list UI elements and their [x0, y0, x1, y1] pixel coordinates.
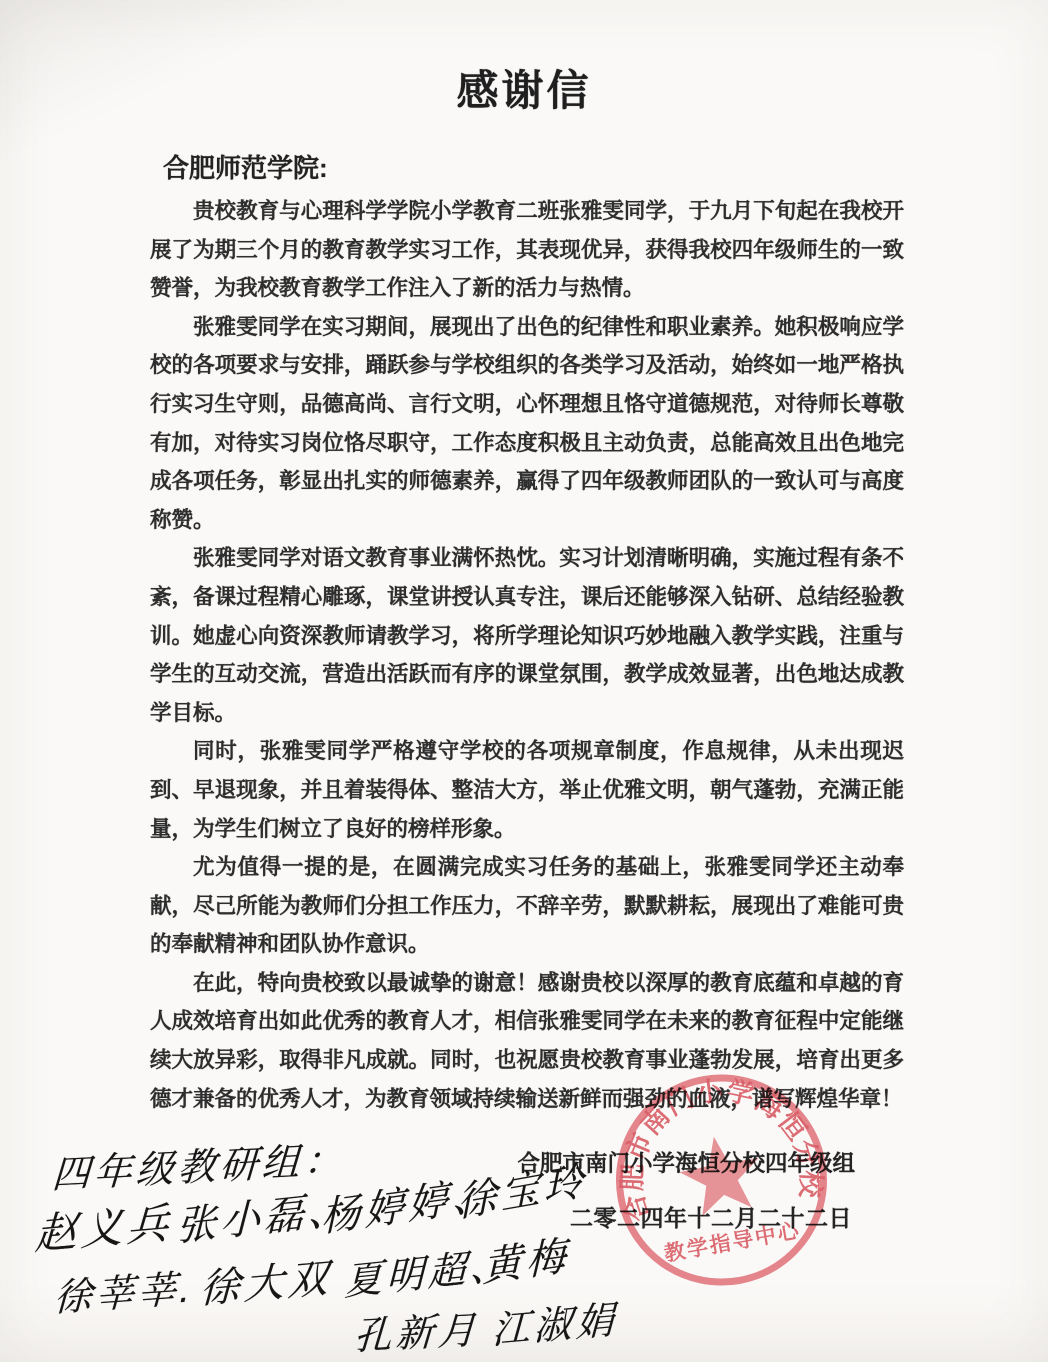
handwritten-signature: 徐莘莘.	[53, 1257, 195, 1322]
paragraph: 尤为值得一提的是，在圆满完成实习任务的基础上，张雅雯同学还主动奉献，尽己所能为教…	[150, 848, 904, 964]
paragraph: 同时，张雅雯同学严格遵守学校的各项规章制度，作息规律，从未出现迟到、早退现象，并…	[150, 732, 904, 848]
handwritten-signature: 徐宝玲	[456, 1148, 588, 1228]
letter-body: 贵校教育与心理科学学院小学教育二班张雅雯同学，于九月下旬起在我校开展了为期三个月…	[150, 192, 904, 1118]
paragraph: 贵校教育与心理科学学院小学教育二班张雅雯同学，于九月下旬起在我校开展了为期三个月…	[150, 192, 904, 308]
paragraph: 在此，特向贵校致以最诚挚的谢意！感谢贵校以深厚的教育底蕴和卓越的育人成效培育出如…	[150, 964, 904, 1118]
salutation: 合肥师范学院:	[163, 148, 328, 185]
paragraph: 张雅雯同学对语文教育事业满怀热忱。实习计划清晰明确，实施过程有条不紊，备课过程精…	[150, 539, 904, 732]
letter-title: 感谢信	[0, 58, 1048, 118]
handwritten-signature: 孔新月	[353, 1299, 482, 1361]
handwritten-signature: 徐大双	[199, 1246, 333, 1315]
letter-page: 感谢信 合肥师范学院: 贵校教育与心理科学学院小学教育二班张雅雯同学，于九月下旬…	[0, 0, 1048, 1362]
date-line: 二零二四年十二月二十二日	[570, 1200, 852, 1233]
handwritten-signature: 赵义兵	[34, 1190, 175, 1263]
handwritten-signature: 江淑娟	[491, 1288, 618, 1354]
handwritten-signature: 黄梅	[482, 1224, 569, 1294]
paragraph: 张雅雯同学在实习期间，展现出了出色的纪律性和职业素养。她积极响应学校的各项要求与…	[150, 308, 904, 540]
